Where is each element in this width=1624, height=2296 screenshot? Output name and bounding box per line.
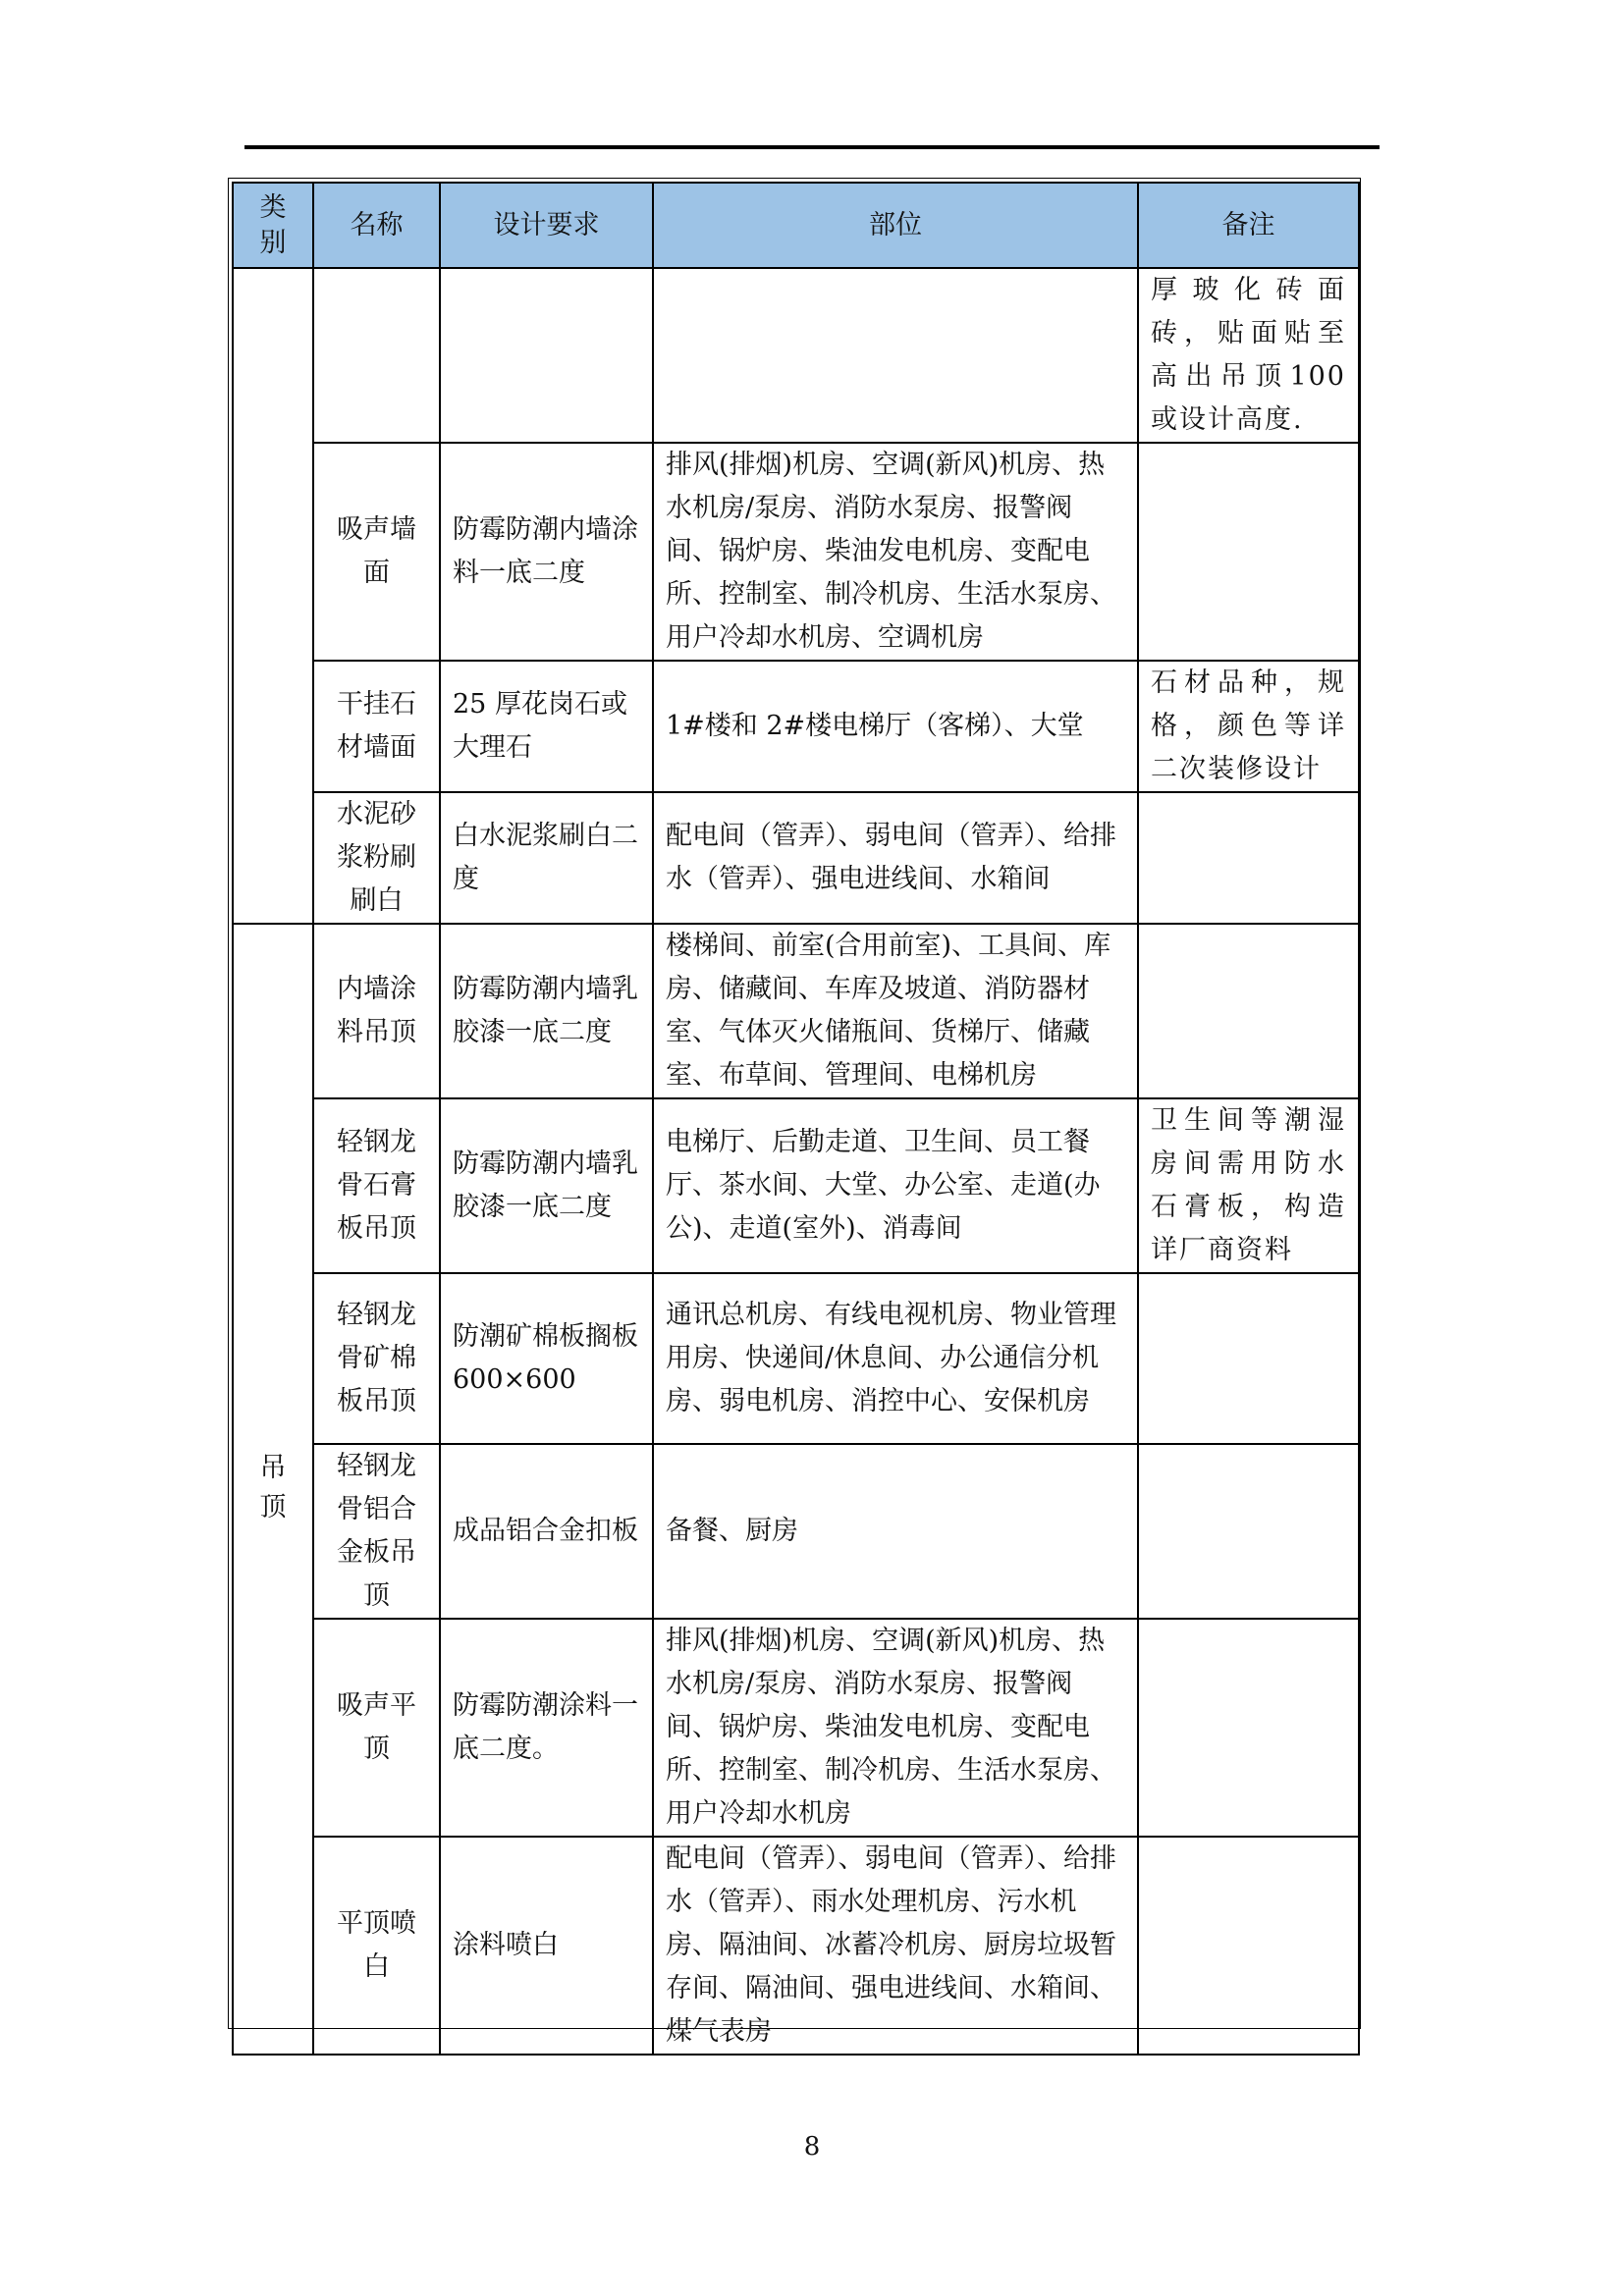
table-header-row: 类别 名称 设计要求 部位 备注	[233, 183, 1359, 268]
table-row: 轻钢龙骨矿棉板吊顶 防潮矿棉板搁板 600×600 通讯总机房、有线电视机房、物…	[233, 1273, 1359, 1444]
note-cell	[1138, 924, 1359, 1098]
table-row: 平顶喷白 涂料喷白 配电间（管弄）、弱电间（管弄）、给排水（管弄）、雨水处理机房…	[233, 1837, 1359, 2055]
header-category: 类别	[233, 183, 313, 268]
name-cell	[313, 268, 440, 443]
table-row: 吊顶 内墙涂料吊顶 防霉防潮内墙乳胶漆一底二度 楼梯间、前室(合用前室)、工具间…	[233, 924, 1359, 1098]
table-row: 干挂石材墙面 25 厚花岗石或大理石 1#楼和 2#楼电梯厅（客梯）、大堂 石材…	[233, 661, 1359, 792]
name-cell: 轻钢龙骨石膏板吊顶	[313, 1098, 440, 1273]
requirement-cell	[440, 268, 653, 443]
location-cell: 电梯厅、后勤走道、卫生间、员工餐厅、茶水间、大堂、办公室、走道(办公)、走道(室…	[653, 1098, 1138, 1273]
requirement-cell: 25 厚花岗石或大理石	[440, 661, 653, 792]
category-cell	[233, 268, 313, 924]
name-cell: 干挂石材墙面	[313, 661, 440, 792]
name-cell: 吸声平顶	[313, 1619, 440, 1837]
requirement-cell: 防霉防潮内墙涂料一底二度	[440, 443, 653, 661]
category-label: 吊顶	[259, 1449, 287, 1527]
requirement-cell: 防霉防潮内墙乳胶漆一底二度	[440, 1098, 653, 1273]
note-cell: 石材品种，规格，颜色等详二次装修设计	[1138, 661, 1359, 792]
name-cell: 内墙涂料吊顶	[313, 924, 440, 1098]
page-header-rule	[244, 145, 1380, 149]
note-cell	[1138, 443, 1359, 661]
location-cell: 楼梯间、前室(合用前室)、工具间、库房、储藏间、车库及坡道、消防器材室、气体灭火…	[653, 924, 1138, 1098]
header-category-label: 类别	[259, 190, 287, 261]
header-note: 备注	[1138, 183, 1359, 268]
note-cell	[1138, 1444, 1359, 1619]
name-cell: 平顶喷白	[313, 1837, 440, 2055]
location-cell: 通讯总机房、有线电视机房、物业管理用房、快递间/休息间、办公通信分机房、弱电机房…	[653, 1273, 1138, 1444]
requirement-cell: 防霉防潮涂料一底二度。	[440, 1619, 653, 1837]
table-row: 吸声平顶 防霉防潮涂料一底二度。 排风(排烟)机房、空调(新风)机房、热水机房/…	[233, 1619, 1359, 1837]
table-row: 厚玻化砖面砖，贴面贴至高出吊顶100或设计高度.	[233, 268, 1359, 443]
note-cell	[1138, 1273, 1359, 1444]
location-cell: 排风(排烟)机房、空调(新风)机房、热水机房/泵房、消防水泵房、报警阀间、锅炉房…	[653, 1619, 1138, 1837]
name-cell: 轻钢龙骨铝合金板吊顶	[313, 1444, 440, 1619]
table-row: 轻钢龙骨铝合金板吊顶 成品铝合金扣板 备餐、厨房	[233, 1444, 1359, 1619]
requirement-cell: 涂料喷白	[440, 1837, 653, 2055]
location-cell	[653, 268, 1138, 443]
requirement-cell: 白水泥浆刷白二度	[440, 792, 653, 924]
name-cell: 吸声墙面	[313, 443, 440, 661]
finish-spec-table: 类别 名称 设计要求 部位 备注 厚玻化砖面砖，贴面贴至高出吊顶100或设计高度…	[232, 182, 1360, 2056]
table-row: 吸声墙面 防霉防潮内墙涂料一底二度 排风(排烟)机房、空调(新风)机房、热水机房…	[233, 443, 1359, 661]
location-cell: 1#楼和 2#楼电梯厅（客梯）、大堂	[653, 661, 1138, 792]
location-cell: 配电间（管弄）、弱电间（管弄）、给排水（管弄）、雨水处理机房、污水机房、隔油间、…	[653, 1837, 1138, 2055]
name-cell: 轻钢龙骨矿棉板吊顶	[313, 1273, 440, 1444]
location-cell: 排风(排烟)机房、空调(新风)机房、热水机房/泵房、消防水泵房、报警阀间、锅炉房…	[653, 443, 1138, 661]
location-cell: 配电间（管弄）、弱电间（管弄）、给排水（管弄）、强电进线间、水箱间	[653, 792, 1138, 924]
name-cell: 水泥砂浆粉刷刷白	[313, 792, 440, 924]
category-cell: 吊顶	[233, 924, 313, 2055]
header-location: 部位	[653, 183, 1138, 268]
header-requirement: 设计要求	[440, 183, 653, 268]
note-cell	[1138, 1837, 1359, 2055]
requirement-cell: 成品铝合金扣板	[440, 1444, 653, 1619]
note-cell: 厚玻化砖面砖，贴面贴至高出吊顶100或设计高度.	[1138, 268, 1359, 443]
requirement-cell: 防霉防潮内墙乳胶漆一底二度	[440, 924, 653, 1098]
header-name: 名称	[313, 183, 440, 268]
requirement-cell: 防潮矿棉板搁板 600×600	[440, 1273, 653, 1444]
table-row: 轻钢龙骨石膏板吊顶 防霉防潮内墙乳胶漆一底二度 电梯厅、后勤走道、卫生间、员工餐…	[233, 1098, 1359, 1273]
location-cell: 备餐、厨房	[653, 1444, 1138, 1619]
note-cell: 卫生间等潮湿房间需用防水石膏板，构造详厂商资料	[1138, 1098, 1359, 1273]
page-number: 8	[0, 2132, 1624, 2162]
note-cell	[1138, 792, 1359, 924]
table-row: 水泥砂浆粉刷刷白 白水泥浆刷白二度 配电间（管弄）、弱电间（管弄）、给排水（管弄…	[233, 792, 1359, 924]
note-cell	[1138, 1619, 1359, 1837]
